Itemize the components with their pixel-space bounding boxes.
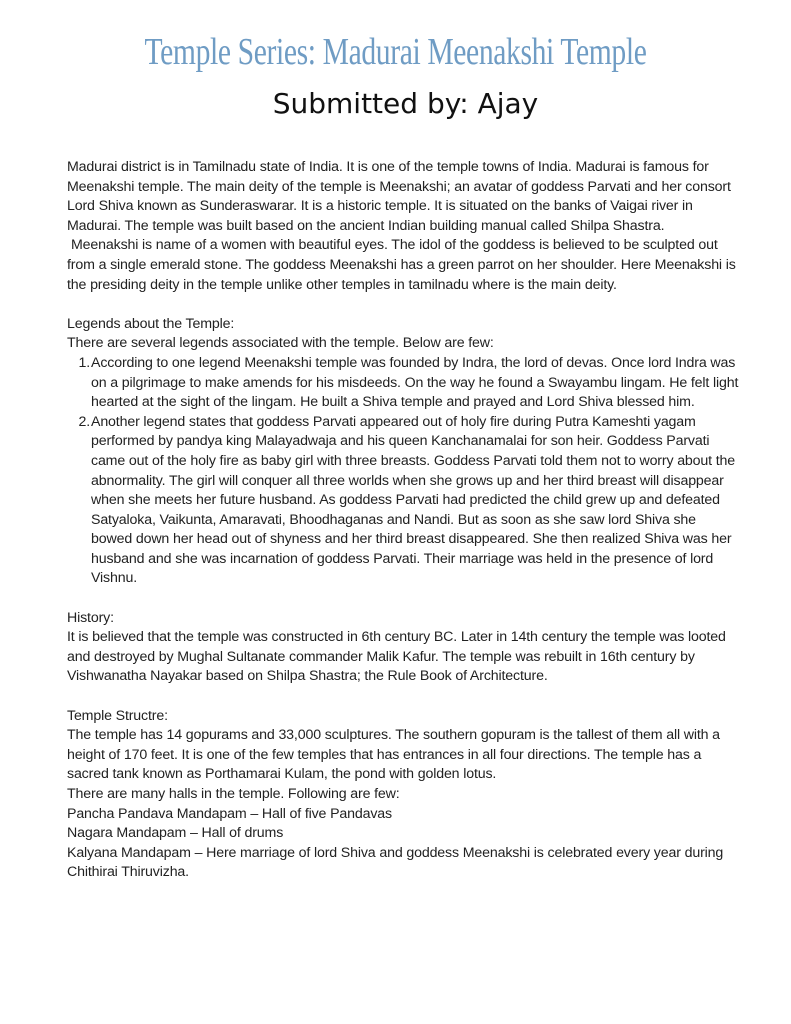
hall-item: Nagara Mandapam – Hall of drums bbox=[67, 824, 739, 844]
hall-item: Kalyana Mandapam – Here marriage of lord… bbox=[67, 844, 739, 883]
list-number: 2. bbox=[78, 413, 90, 433]
section-heading-legends: Legends about the Temple: bbox=[67, 315, 739, 335]
list-item: 2. Another legend states that goddess Pa… bbox=[89, 413, 739, 589]
list-number: 1. bbox=[78, 354, 90, 374]
section-heading-history: History: bbox=[67, 609, 739, 629]
spacer bbox=[67, 687, 739, 707]
legends-list: 1. According to one legend Meenakshi tem… bbox=[67, 354, 739, 589]
list-item-text: According to one legend Meenakshi temple… bbox=[89, 354, 739, 413]
structure-text: The temple has 14 gopurams and 33,000 sc… bbox=[67, 726, 739, 785]
list-item-text: Another legend states that goddess Parva… bbox=[89, 413, 739, 589]
section-heading-structure: Temple Structre: bbox=[67, 707, 739, 727]
document-title: Temple Series: Madurai Meenakshi Temple bbox=[87, 28, 704, 76]
halls-intro: There are many halls in the temple. Foll… bbox=[67, 785, 739, 805]
document-subtitle: Submitted by: Ajay bbox=[0, 84, 791, 124]
spacer bbox=[67, 295, 739, 315]
list-item: 1. According to one legend Meenakshi tem… bbox=[89, 354, 739, 413]
intro-paragraph: Meenakshi is name of a women with beauti… bbox=[67, 236, 739, 295]
legends-intro: There are several legends associated wit… bbox=[67, 334, 739, 354]
document-body: Madurai district is in Tamilnadu state o… bbox=[67, 158, 739, 883]
intro-paragraph: Madurai district is in Tamilnadu state o… bbox=[67, 158, 739, 236]
history-text: It is believed that the temple was const… bbox=[67, 628, 739, 687]
document-page: Temple Series: Madurai Meenakshi Temple … bbox=[0, 0, 791, 1024]
hall-item: Pancha Pandava Mandapam – Hall of five P… bbox=[67, 805, 739, 825]
spacer bbox=[67, 589, 739, 609]
